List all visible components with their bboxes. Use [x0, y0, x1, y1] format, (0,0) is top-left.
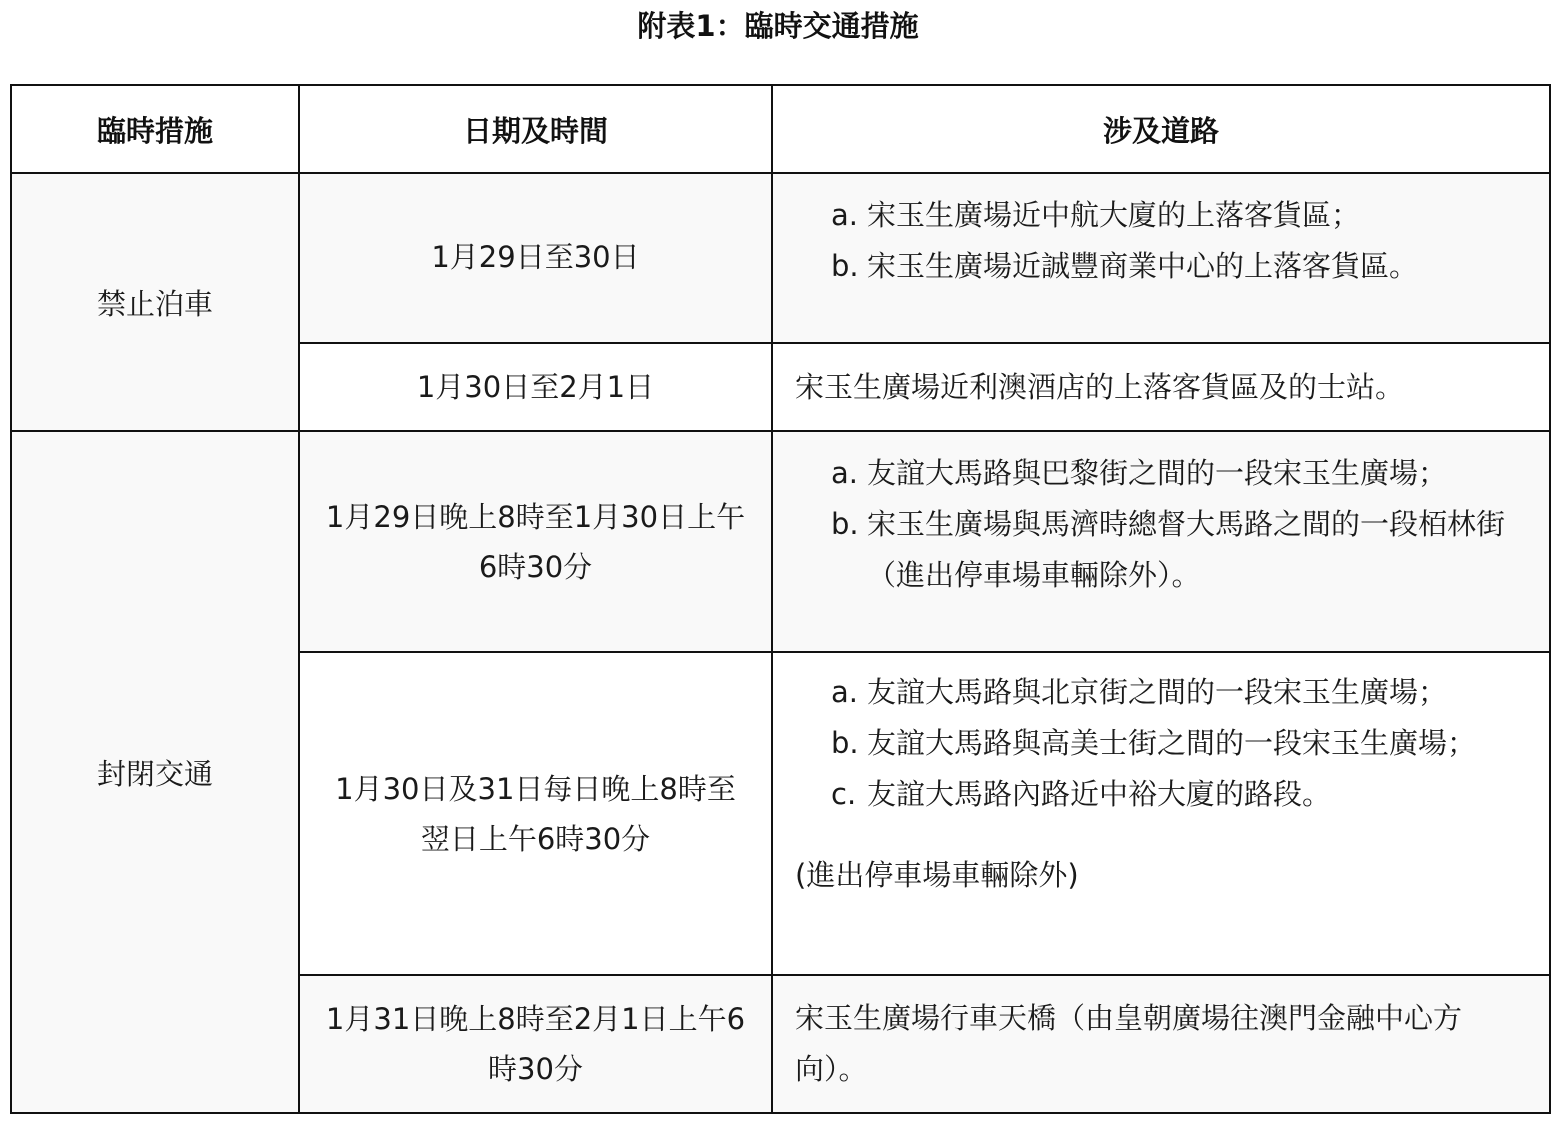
measure-cell-road-closure: 封閉交通	[11, 431, 299, 1113]
road-list: a. 友誼大馬路與北京街之間的一段宋玉生廣場； b. 友誼大馬路與高美士街之間的…	[795, 667, 1529, 820]
measure-cell-no-parking: 禁止泊車	[11, 173, 299, 431]
exception-note: (進出停車場車輛除外)	[795, 850, 1529, 901]
header-measure: 臨時措施	[11, 85, 299, 173]
road-list-item: a. 友誼大馬路與北京街之間的一段宋玉生廣場；	[795, 667, 1529, 718]
datetime-cell: 1月31日晚上8時至2月1日上午6時30分	[299, 975, 772, 1113]
list-marker: a.	[831, 448, 867, 499]
road-text: 宋玉生廣場近中航大廈的上落客貨區；	[867, 198, 1360, 232]
table-row: 禁止泊車 1月29日至30日 a. 宋玉生廣場近中航大廈的上落客貨區； b. 宋…	[11, 173, 1550, 343]
roads-cell: a. 友誼大馬路與北京街之間的一段宋玉生廣場； b. 友誼大馬路與高美士街之間的…	[772, 652, 1550, 975]
roads-cell: 宋玉生廣場行車天橋（由皇朝廣場往澳門金融中心方向）。	[772, 975, 1550, 1113]
list-marker: b.	[831, 499, 867, 550]
roads-cell: 宋玉生廣場近利澳酒店的上落客貨區及的士站。	[772, 343, 1550, 431]
datetime-cell: 1月29日至30日	[299, 173, 772, 343]
road-text: 宋玉生廣場近誠豐商業中心的上落客貨區。	[867, 249, 1418, 283]
road-list: a. 宋玉生廣場近中航大廈的上落客貨區； b. 宋玉生廣場近誠豐商業中心的上落客…	[795, 190, 1529, 292]
header-datetime: 日期及時間	[299, 85, 772, 173]
header-roads: 涉及道路	[772, 85, 1550, 173]
road-text: 友誼大馬路與高美士街之間的一段宋玉生廣場；	[867, 726, 1476, 760]
road-text: 友誼大馬路內路近中裕大廈的路段。	[867, 777, 1331, 811]
datetime-cell: 1月30日及31日每日晚上8時至翌日上午6時30分	[299, 652, 772, 975]
road-list-item: a. 宋玉生廣場近中航大廈的上落客貨區；	[795, 190, 1529, 241]
table-title: 附表1：臨時交通措施	[0, 0, 1556, 52]
road-list-item: c. 友誼大馬路內路近中裕大廈的路段。	[795, 769, 1529, 820]
road-text: 宋玉生廣場與馬濟時總督大馬路之間的一段栢林街（進出停車場車輛除外）。	[867, 507, 1505, 592]
temporary-traffic-measures-table: 臨時措施 日期及時間 涉及道路 禁止泊車 1月29日至30日 a. 宋玉生廣場近…	[10, 84, 1551, 1114]
road-list-item: b. 宋玉生廣場近誠豐商業中心的上落客貨區。	[795, 241, 1529, 292]
list-marker: a.	[831, 667, 867, 718]
road-list-item: b. 宋玉生廣場與馬濟時總督大馬路之間的一段栢林街（進出停車場車輛除外）。	[795, 499, 1529, 601]
datetime-cell: 1月29日晚上8時至1月30日上午6時30分	[299, 431, 772, 652]
roads-cell: a. 友誼大馬路與巴黎街之間的一段宋玉生廣場； b. 宋玉生廣場與馬濟時總督大馬…	[772, 431, 1550, 652]
road-text: 宋玉生廣場近利澳酒店的上落客貨區及的士站。	[795, 370, 1404, 404]
datetime-cell: 1月30日至2月1日	[299, 343, 772, 431]
list-marker: b.	[831, 718, 867, 769]
list-marker: b.	[831, 241, 867, 292]
list-marker: c.	[831, 769, 867, 820]
table-header-row: 臨時措施 日期及時間 涉及道路	[11, 85, 1550, 173]
road-text: 友誼大馬路與巴黎街之間的一段宋玉生廣場；	[867, 456, 1447, 490]
roads-cell: a. 宋玉生廣場近中航大廈的上落客貨區； b. 宋玉生廣場近誠豐商業中心的上落客…	[772, 173, 1550, 343]
road-text: 友誼大馬路與北京街之間的一段宋玉生廣場；	[867, 675, 1447, 709]
road-list-item: a. 友誼大馬路與巴黎街之間的一段宋玉生廣場；	[795, 448, 1529, 499]
road-list: a. 友誼大馬路與巴黎街之間的一段宋玉生廣場； b. 宋玉生廣場與馬濟時總督大馬…	[795, 448, 1529, 601]
table-row: 封閉交通 1月29日晚上8時至1月30日上午6時30分 a. 友誼大馬路與巴黎街…	[11, 431, 1550, 652]
road-list-item: b. 友誼大馬路與高美士街之間的一段宋玉生廣場；	[795, 718, 1529, 769]
list-marker: a.	[831, 190, 867, 241]
road-text: 宋玉生廣場行車天橋（由皇朝廣場往澳門金融中心方向）。	[795, 1001, 1462, 1086]
